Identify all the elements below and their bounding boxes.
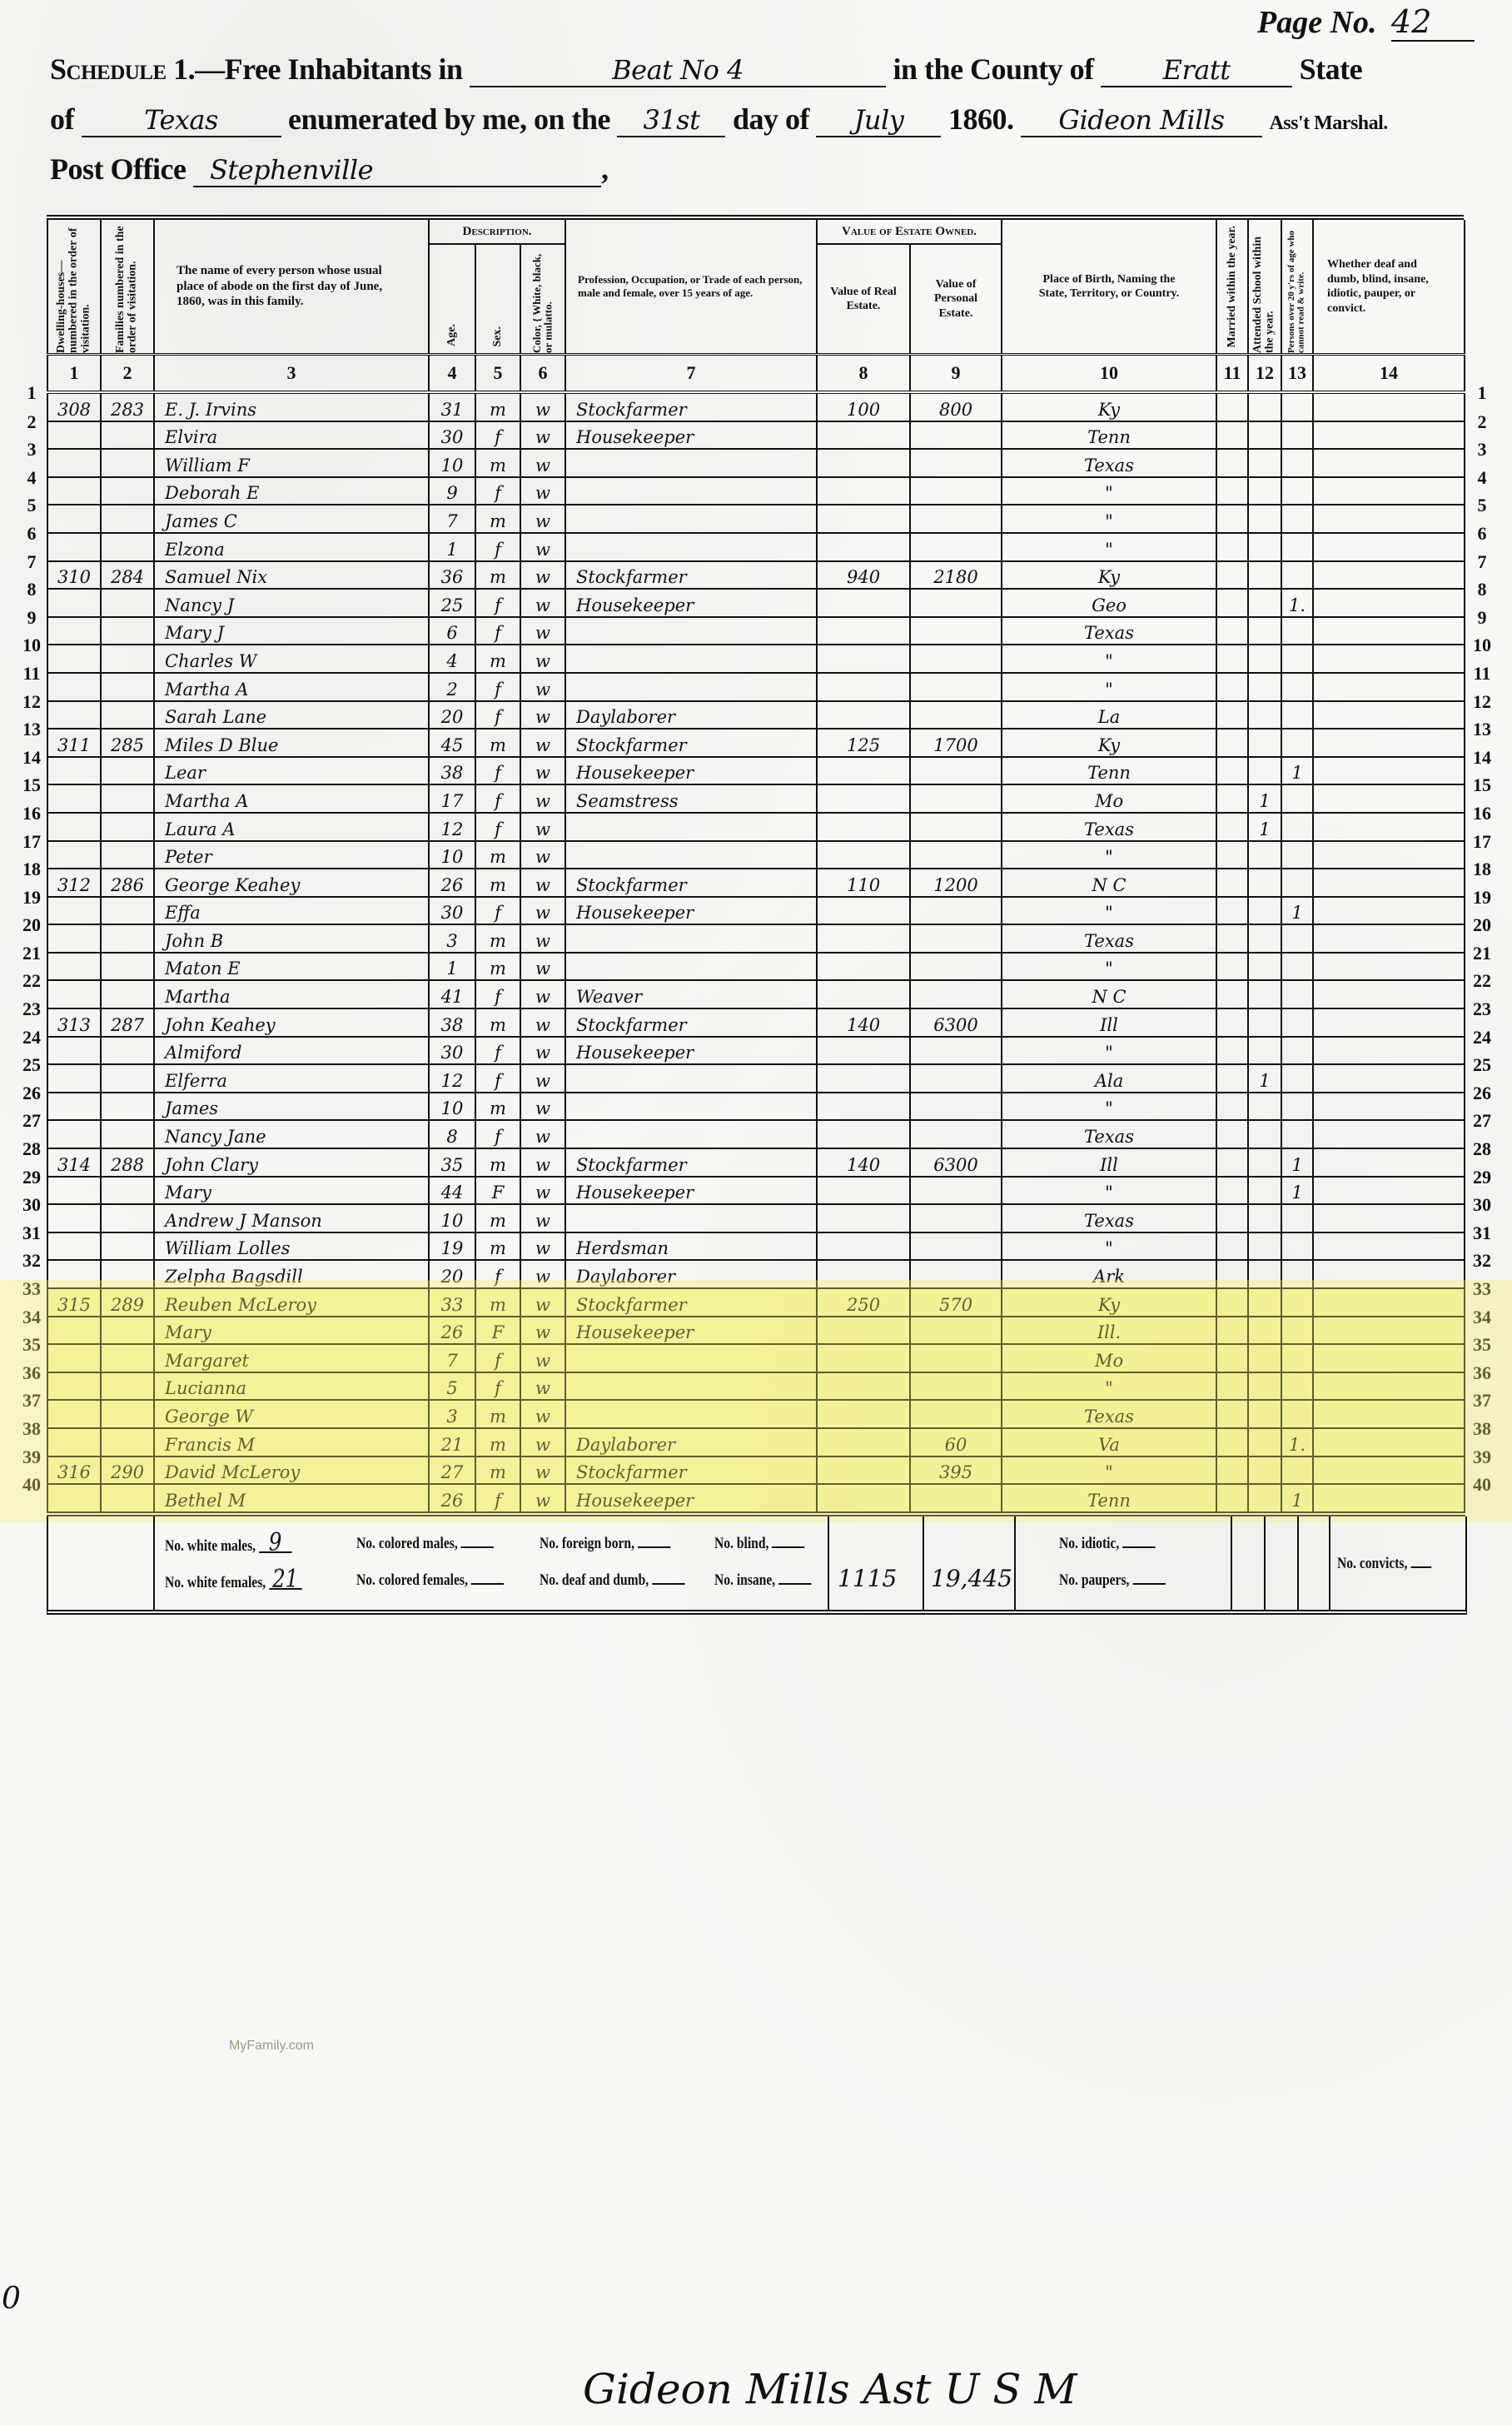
condition	[1313, 1093, 1465, 1121]
color: w	[520, 477, 565, 505]
sex: m	[475, 924, 520, 953]
school-flag	[1248, 1344, 1281, 1372]
sex: m	[475, 392, 520, 421]
illiterate-flag: 1.	[1281, 589, 1313, 617]
colored-females-summary: No. colored females,	[356, 1571, 504, 1590]
occupation: Stockfarmer	[565, 1456, 817, 1485]
school-flag	[1248, 701, 1281, 729]
condition	[1313, 561, 1465, 590]
line-number: 25	[15, 1054, 48, 1076]
sex: f	[475, 813, 520, 841]
col-num: 4	[429, 355, 475, 393]
line-number: 10	[1465, 635, 1499, 656]
occupation: Stockfarmer	[565, 729, 817, 757]
real-estate-value	[817, 1428, 910, 1456]
table-row: Charles W4mw"	[47, 645, 1465, 673]
age: 19	[429, 1232, 475, 1261]
col-dwelling-header: Dwelling-houses— numbered in the order o…	[47, 220, 101, 355]
personal-estate-value	[910, 1120, 1002, 1148]
occupation	[565, 1064, 817, 1093]
dwelling-number	[47, 1484, 101, 1514]
dwelling-number	[47, 757, 101, 785]
sex: f	[475, 1260, 520, 1288]
day-of-label: day of	[733, 102, 809, 136]
dwelling-number	[47, 701, 101, 729]
dwelling-number	[47, 1204, 101, 1232]
real-estate-value	[817, 784, 910, 813]
line-number: 11	[15, 663, 48, 685]
real-estate-value	[817, 953, 910, 981]
person-name: Lucianna	[154, 1372, 429, 1401]
married-flag	[1216, 729, 1248, 757]
margin-mark: 0	[2, 2282, 21, 2316]
sex: f	[475, 589, 520, 617]
white-males-count: 9	[259, 1535, 291, 1553]
table-row: Nancy Jane8fwTexas	[47, 1120, 1465, 1148]
person-name: Almiford	[154, 1037, 429, 1065]
age: 20	[429, 1260, 475, 1288]
sex: m	[475, 1428, 520, 1456]
occupation: Housekeeper	[565, 757, 817, 785]
age: 25	[429, 589, 475, 617]
color: w	[520, 897, 565, 925]
line-number: 28	[15, 1138, 48, 1160]
birthplace: Mo	[1002, 784, 1216, 813]
illiterate-flag	[1281, 953, 1313, 981]
col-num: 11	[1216, 355, 1248, 393]
table-row: Lucianna5fw"	[47, 1372, 1465, 1401]
birthplace: Tenn	[1002, 1484, 1216, 1514]
person-name: Andrew J Manson	[154, 1204, 429, 1232]
person-name: Peter	[154, 841, 429, 869]
age: 3	[429, 1400, 475, 1428]
col-num: 13	[1281, 355, 1313, 393]
person-name: Lear	[154, 757, 429, 785]
married-flag	[1216, 1344, 1248, 1372]
age: 35	[429, 1148, 475, 1177]
table-row: Mary26FwHousekeeperIll.	[47, 1317, 1465, 1345]
birthplace: "	[1002, 1177, 1216, 1205]
birthplace: Ky	[1002, 561, 1216, 590]
personal-estate-value	[910, 617, 1002, 645]
married-flag	[1216, 1288, 1248, 1317]
post-office-field: Stephenville	[193, 154, 601, 187]
real-estate-value: 940	[817, 561, 910, 590]
birthplace: Ark	[1002, 1260, 1216, 1288]
line-number: 28	[1465, 1138, 1499, 1160]
birthplace: "	[1002, 1456, 1216, 1485]
age: 10	[429, 841, 475, 869]
school-flag	[1248, 505, 1281, 533]
occupation: Daylaborer	[565, 701, 817, 729]
school-flag	[1248, 729, 1281, 757]
county-field: Eratt	[1101, 54, 1292, 87]
personal-estate-value: 800	[910, 392, 1002, 421]
illiterate-flag: 1.	[1281, 1428, 1313, 1456]
line-number: 36	[1465, 1362, 1499, 1384]
married-flag	[1216, 869, 1248, 897]
table-row: 310284Samuel Nix36mwStockfarmer9402180Ky	[47, 561, 1465, 590]
illiterate-flag	[1281, 1204, 1313, 1232]
personal-estate-value	[910, 533, 1002, 561]
family-number	[101, 757, 154, 785]
age: 31	[429, 392, 475, 421]
person-name: Francis M	[154, 1428, 429, 1456]
sex: m	[475, 1288, 520, 1317]
birthplace: Tenn	[1002, 421, 1216, 450]
col-num: 9	[910, 355, 1002, 393]
illiterate-flag	[1281, 561, 1313, 590]
color: w	[520, 1232, 565, 1261]
page-number: Page No. 42	[1257, 3, 1475, 42]
school-flag	[1248, 1177, 1281, 1205]
age: 2	[429, 673, 475, 701]
birthplace: "	[1002, 533, 1216, 561]
sex: f	[475, 897, 520, 925]
condition	[1313, 701, 1465, 729]
dwelling-number: 316	[47, 1456, 101, 1485]
family-number	[101, 1120, 154, 1148]
condition	[1313, 1317, 1465, 1345]
school-flag: 1	[1248, 784, 1281, 813]
real-estate-value	[817, 533, 910, 561]
condition	[1313, 1037, 1465, 1065]
illiterate-flag: 1	[1281, 1148, 1313, 1177]
table-row: Francis M21mwDaylaborer60Va1.	[47, 1428, 1465, 1456]
age: 1	[429, 953, 475, 981]
personal-estate-value	[910, 1177, 1002, 1205]
person-name: James	[154, 1093, 429, 1121]
line-number: 7	[15, 551, 48, 573]
person-name: John B	[154, 924, 429, 953]
illiterate-flag	[1281, 1064, 1313, 1093]
age: 44	[429, 1177, 475, 1205]
sex: f	[475, 980, 520, 1008]
table-row: William Lolles19mwHerdsman"	[47, 1232, 1465, 1261]
person-name: John Clary	[154, 1148, 429, 1177]
occupation	[565, 1204, 817, 1232]
person-name: Effa	[154, 897, 429, 925]
dwelling-number	[47, 533, 101, 561]
real-estate-total: 1115	[838, 1565, 897, 1592]
school-flag	[1248, 924, 1281, 953]
col-num: 10	[1002, 355, 1216, 393]
table-row: 308283E. J. Irvins31mwStockfarmer100800K…	[47, 392, 1465, 421]
family-number: 284	[101, 561, 154, 590]
school-flag	[1248, 1260, 1281, 1288]
line-number: 33	[15, 1278, 48, 1300]
birthplace: Texas	[1002, 1204, 1216, 1232]
occupation	[565, 1372, 817, 1401]
condition	[1313, 1177, 1465, 1205]
birthplace: "	[1002, 505, 1216, 533]
sex: m	[475, 729, 520, 757]
personal-estate-value	[910, 1400, 1002, 1428]
school-flag: 1	[1248, 813, 1281, 841]
color: w	[520, 1400, 565, 1428]
dwelling-number	[47, 421, 101, 450]
color: w	[520, 1456, 565, 1485]
dwelling-number	[47, 1317, 101, 1345]
real-estate-value: 125	[817, 729, 910, 757]
occupation	[565, 841, 817, 869]
post-office-line: Post Office Stephenville,	[50, 152, 608, 187]
sex: m	[475, 869, 520, 897]
real-estate-value: 110	[817, 869, 910, 897]
family-number	[101, 841, 154, 869]
col-school-header: Attended School within the year.	[1248, 220, 1281, 355]
color: w	[520, 589, 565, 617]
condition	[1313, 1204, 1465, 1232]
col-num: 12	[1248, 355, 1281, 393]
married-flag	[1216, 1428, 1248, 1456]
sex: f	[475, 617, 520, 645]
school-flag	[1248, 1456, 1281, 1485]
school-flag	[1248, 1037, 1281, 1065]
table-row: John B3mwTexas	[47, 924, 1465, 953]
condition	[1313, 784, 1465, 813]
family-number: 287	[101, 1008, 154, 1037]
school-flag	[1248, 1484, 1281, 1514]
married-flag	[1216, 673, 1248, 701]
married-flag	[1216, 1317, 1248, 1345]
real-estate-value: 100	[817, 392, 910, 421]
dwelling-number: 314	[47, 1148, 101, 1177]
married-flag	[1216, 1037, 1248, 1065]
sex: f	[475, 1120, 520, 1148]
person-name: Elzona	[154, 533, 429, 561]
line-number: 26	[15, 1083, 48, 1104]
personal-estate-value	[910, 1204, 1002, 1232]
line-number: 8	[1465, 579, 1499, 600]
dwelling-number	[47, 953, 101, 981]
school-flag	[1248, 1204, 1281, 1232]
age: 36	[429, 561, 475, 590]
person-name: Martha	[154, 980, 429, 1008]
dwelling-number: 313	[47, 1008, 101, 1037]
real-estate-value	[817, 1204, 910, 1232]
dwelling-number	[47, 449, 101, 477]
table-row: 312286George Keahey26mwStockfarmer110120…	[47, 869, 1465, 897]
line-number: 32	[15, 1250, 48, 1272]
age: 3	[429, 924, 475, 953]
column-number-row: 1 2 3 4 5 6 7 8 9 10 11 12 13 14	[47, 355, 1465, 393]
personal-estate-value: 1200	[910, 869, 1002, 897]
occupation	[565, 673, 817, 701]
real-estate-value	[817, 1260, 910, 1288]
age: 27	[429, 1456, 475, 1485]
line-number: 3	[15, 439, 48, 461]
occupation: Daylaborer	[565, 1260, 817, 1288]
married-flag	[1216, 757, 1248, 785]
person-name: Bethel M	[154, 1484, 429, 1514]
birthplace: "	[1002, 897, 1216, 925]
line-number: 5	[1465, 495, 1499, 516]
color: w	[520, 869, 565, 897]
real-estate-value	[817, 1484, 910, 1514]
dwelling-number	[47, 1120, 101, 1148]
birthplace: Tenn	[1002, 757, 1216, 785]
married-flag	[1216, 1204, 1248, 1232]
condition	[1313, 1120, 1465, 1148]
color: w	[520, 617, 565, 645]
line-number: 19	[1465, 887, 1499, 909]
sex: m	[475, 1456, 520, 1485]
col-birthplace-header: Place of Birth, Naming the State, Territ…	[1002, 220, 1216, 355]
estate-label: Value of Estate Owned.	[818, 220, 1001, 245]
sex: m	[475, 561, 520, 590]
real-estate-value	[817, 1177, 910, 1205]
sex: F	[475, 1177, 520, 1205]
dwelling-number	[47, 841, 101, 869]
age: 20	[429, 701, 475, 729]
illiterate-flag	[1281, 869, 1313, 897]
col-num: 7	[565, 355, 817, 393]
line-number: 9	[1465, 607, 1499, 629]
line-number: 2	[15, 411, 48, 433]
beat-field: Beat No 4	[470, 54, 886, 87]
school-flag	[1248, 953, 1281, 981]
school-flag	[1248, 1372, 1281, 1401]
table-row: Zelpha Bagsdill20fwDaylaborerArk	[47, 1260, 1465, 1288]
school-flag	[1248, 1288, 1281, 1317]
real-estate-value	[817, 645, 910, 673]
table-row: Sarah Lane20fwDaylaborerLa	[47, 701, 1465, 729]
color: w	[520, 673, 565, 701]
family-number	[101, 1344, 154, 1372]
white-males-summary: No. white males, 9	[165, 1535, 291, 1556]
person-name: William Lolles	[154, 1232, 429, 1261]
married-flag	[1216, 1064, 1248, 1093]
age: 38	[429, 1008, 475, 1037]
school-flag	[1248, 1148, 1281, 1177]
family-number	[101, 477, 154, 505]
family-number	[101, 924, 154, 953]
occupation: Weaver	[565, 980, 817, 1008]
real-estate-value	[817, 924, 910, 953]
col-num: 2	[101, 355, 154, 393]
sex: m	[475, 841, 520, 869]
line-number: 15	[1465, 774, 1499, 796]
line-number: 19	[15, 887, 48, 909]
family-number	[101, 1400, 154, 1428]
col-name-header: The name of every person whose usual pla…	[154, 220, 429, 355]
occupation	[565, 617, 817, 645]
married-flag	[1216, 1260, 1248, 1288]
personal-estate-value: 395	[910, 1456, 1002, 1485]
person-name: William F	[154, 449, 429, 477]
illiterate-flag: 1	[1281, 897, 1313, 925]
birthplace: "	[1002, 953, 1216, 981]
line-number: 16	[15, 803, 48, 824]
age: 8	[429, 1120, 475, 1148]
family-number	[101, 980, 154, 1008]
family-number	[101, 1260, 154, 1288]
occupation: Housekeeper	[565, 1177, 817, 1205]
real-estate-value	[817, 1093, 910, 1121]
condition	[1313, 729, 1465, 757]
color: w	[520, 1372, 565, 1401]
line-number: 27	[15, 1110, 48, 1132]
sex: f	[475, 1037, 520, 1065]
line-number: 39	[1465, 1447, 1499, 1468]
col-num: 3	[154, 355, 429, 393]
table-row: Bethel M26fwHousekeeperTenn1	[47, 1484, 1465, 1514]
condition	[1313, 477, 1465, 505]
sex: F	[475, 1317, 520, 1345]
occupation	[565, 1344, 817, 1372]
family-number	[101, 533, 154, 561]
school-flag	[1248, 617, 1281, 645]
birthplace: "	[1002, 673, 1216, 701]
col-family-header: Families numbered in the order of visita…	[101, 220, 154, 355]
sex: m	[475, 1232, 520, 1261]
line-number: 36	[15, 1362, 48, 1384]
line-number: 26	[1465, 1083, 1499, 1104]
school-flag	[1248, 757, 1281, 785]
person-name: Mary	[154, 1177, 429, 1205]
sex: m	[475, 645, 520, 673]
condition	[1313, 1456, 1465, 1485]
school-flag	[1248, 645, 1281, 673]
birthplace: Mo	[1002, 1344, 1216, 1372]
age: 12	[429, 813, 475, 841]
line-number: 35	[15, 1334, 48, 1356]
illiterate-flag	[1281, 449, 1313, 477]
real-estate-value	[817, 589, 910, 617]
married-flag	[1216, 561, 1248, 590]
real-estate-value	[817, 701, 910, 729]
condition	[1313, 757, 1465, 785]
table-row: Martha A2fw"	[47, 673, 1465, 701]
table-row: Margaret7fwMo	[47, 1344, 1465, 1372]
real-estate-value: 140	[817, 1148, 910, 1177]
family-number: 285	[101, 729, 154, 757]
school-flag	[1248, 477, 1281, 505]
occupation: Stockfarmer	[565, 1148, 817, 1177]
white-females-summary: No. white females, 21	[165, 1571, 301, 1592]
birthplace: "	[1002, 1093, 1216, 1121]
sex: m	[475, 1400, 520, 1428]
married-flag	[1216, 589, 1248, 617]
sex: f	[475, 1064, 520, 1093]
person-name: Mary J	[154, 617, 429, 645]
line-number: 5	[15, 495, 48, 516]
age: 6	[429, 617, 475, 645]
line-number: 6	[15, 523, 48, 545]
real-estate-value	[817, 1037, 910, 1065]
dwelling-number	[47, 784, 101, 813]
color: w	[520, 841, 565, 869]
marshal-signature: Gideon Mills Ast U S M	[583, 2365, 1077, 2413]
age: 21	[429, 1428, 475, 1456]
occupation	[565, 505, 817, 533]
school-flag	[1248, 841, 1281, 869]
birthplace: "	[1002, 1232, 1216, 1261]
sex: m	[475, 1148, 520, 1177]
line-number: 29	[15, 1167, 48, 1188]
line-number: 20	[1465, 914, 1499, 936]
real-estate-value	[817, 1456, 910, 1485]
occupation	[565, 645, 817, 673]
school-flag	[1248, 673, 1281, 701]
person-name: Charles W	[154, 645, 429, 673]
personal-estate-value: 1700	[910, 729, 1002, 757]
line-number: 37	[15, 1390, 48, 1412]
condition	[1313, 645, 1465, 673]
person-name: George Keahey	[154, 869, 429, 897]
dwelling-number	[47, 1372, 101, 1401]
